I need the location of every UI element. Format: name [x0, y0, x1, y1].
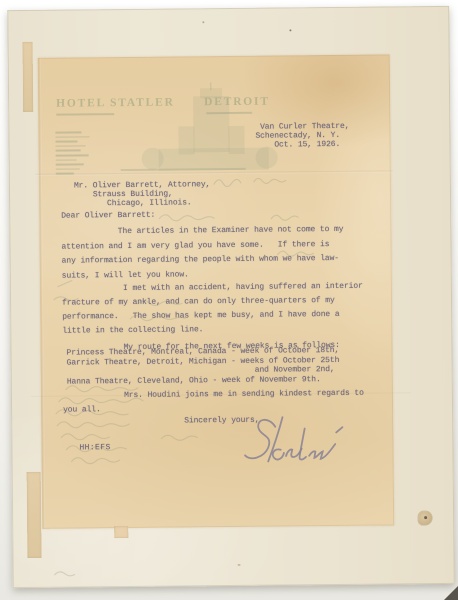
typist-initials: HH:EFS — [79, 443, 110, 452]
dateline-block: Van Curler Theatre, Schenectady, N. Y. O… — [255, 123, 349, 151]
typed-line: Mrs. Houdini joins me in sending kindest… — [63, 387, 364, 403]
paper-speck — [289, 29, 291, 31]
typed-line: performance. The show has kept me busy, … — [62, 308, 363, 325]
typed-line: Dear Oliver Barrett: — [61, 211, 155, 221]
paragraph-3: Mrs. Houdini joins me in sending kindest… — [63, 387, 364, 417]
typed-line: HH:EFS — [79, 443, 110, 452]
recipient-address-block: Mr. Oliver Barrett, Attorney, Strauss Bu… — [74, 181, 211, 209]
typed-line: any information regarding the people wit… — [62, 252, 344, 269]
paper-speck — [202, 21, 204, 23]
paragraph-2: I met with an accident, having suffered … — [62, 280, 363, 339]
paragraph-1: The articles in the Examiner have not co… — [61, 223, 344, 284]
typed-line: Chicago, Illinois. — [74, 199, 210, 209]
photographed-letter: HOTEL STATLER DETROIT — [0, 0, 458, 600]
letter-paper: HOTEL STATLER DETROIT — [7, 6, 455, 588]
houdini-signature — [233, 413, 360, 476]
route-list: Princess Theatre, Montreal, Canada - wee… — [66, 346, 339, 387]
paper-speck — [238, 564, 241, 566]
typed-line: little in the collecting line. — [62, 322, 363, 339]
photo-corner-shadow — [444, 586, 458, 600]
salutation: Dear Oliver Barrett: — [61, 211, 155, 221]
typed-line: Oct. 15, 1926. — [256, 141, 350, 151]
